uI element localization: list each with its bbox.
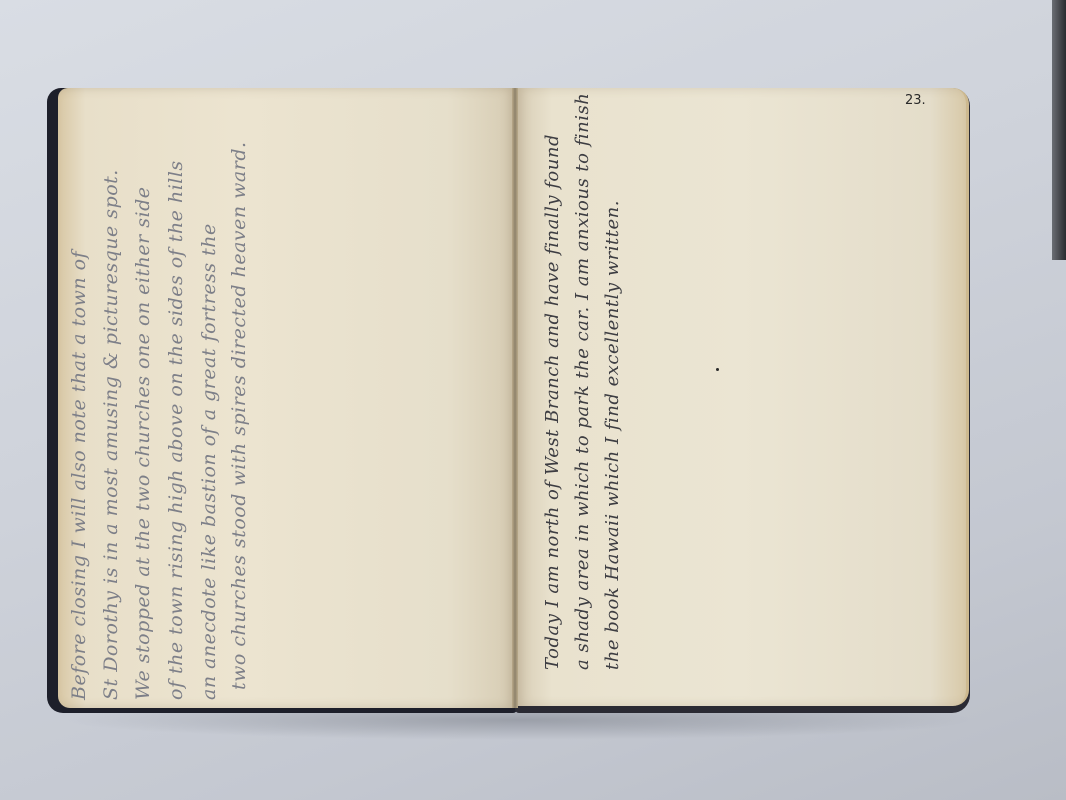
background-edge [1052,0,1066,260]
left-line-1: Before closing I will also note that a t… [68,251,90,700]
right-line-3: the book Hawaii which I find excellently… [602,200,623,670]
left-line-2: St Dorothy is in a most amusing & pictur… [100,169,122,700]
page-number: 23. [905,93,926,108]
left-line-5: an anecdote like bastion of a great fort… [198,223,220,700]
right-line-2: a shady area in which to park the car. I… [572,93,593,670]
left-page [58,88,516,708]
book-gutter [512,88,518,708]
left-line-4: of the town rising high above on the sid… [165,160,187,700]
right-line-1: Today I am north of West Branch and have… [542,134,563,670]
left-line-6: two churches stood with spires directed … [228,141,250,690]
ink-dot [716,368,719,371]
left-line-3: We stopped at the two churches one on ei… [132,187,154,700]
